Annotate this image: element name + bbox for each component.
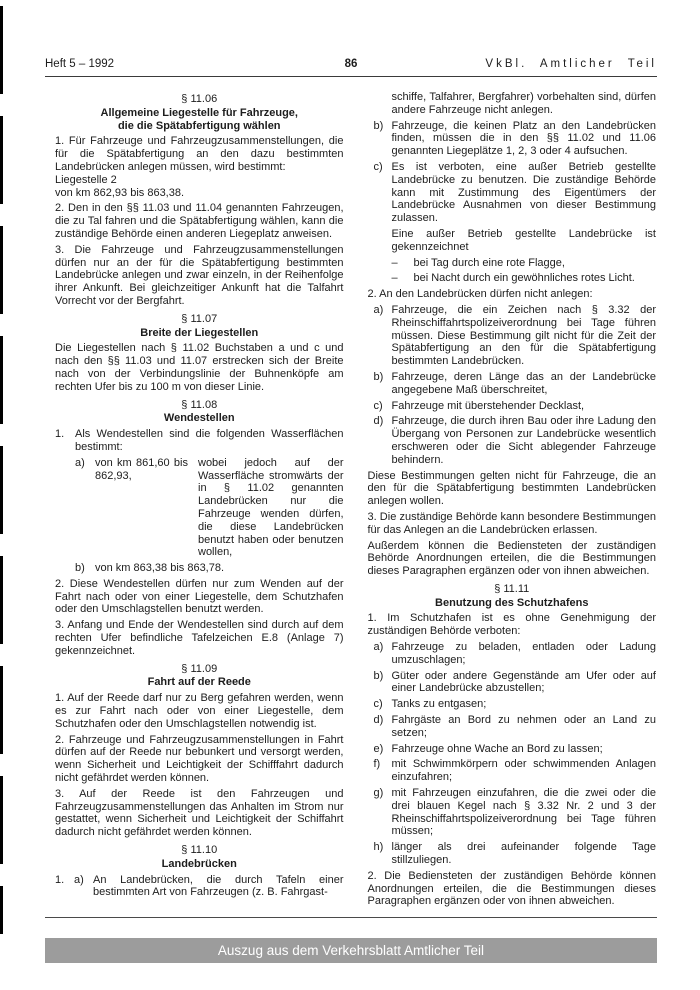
list-item: b)Fahrzeuge, deren Länge das an der Land…: [368, 371, 657, 397]
list-item-text: Fahrzeuge, die ein Zeichen nach § 3.32 d…: [392, 304, 657, 367]
paragraph: 3. Auf der Reede ist den Fahrzeugen und …: [55, 788, 344, 839]
paragraph-line: Liegestelle 2: [55, 174, 344, 187]
paragraph: 3. Die Fahrzeuge und Fahrzeugzusammenste…: [55, 244, 344, 308]
list-marker: c): [374, 698, 383, 711]
section-heading: Fahrt auf der Reede: [55, 676, 344, 689]
list-marker: b): [75, 562, 85, 575]
list-item-text: Fahrzeuge, die durch ihren Bau oder ihre…: [392, 415, 657, 465]
list-marker: b): [374, 120, 384, 133]
paragraph: 3. Die zuständige Behörde kann besondere…: [368, 511, 657, 537]
list-item: 1.Als Wendestellen sind die folgenden Wa…: [55, 428, 344, 454]
list-marker: b): [374, 670, 384, 683]
column-right: schiffe, Talfahrer, Bergfahrer) vorbehal…: [368, 88, 657, 914]
list-item: a)Fahrzeuge, die ein Zeichen nach § 3.32…: [368, 304, 657, 368]
list-marker: 1.: [55, 874, 64, 887]
list-marker: a): [374, 304, 384, 317]
header-journal-title: VkBl. Amtlicher Teil: [485, 58, 657, 70]
list-item-text: Fahrzeuge, deren Länge das an der Landeb…: [392, 371, 657, 396]
list-marker: b): [374, 371, 384, 384]
paragraph: 2. Die Bediensteten der zuständigen Behö…: [368, 870, 657, 908]
section-number: § 11.10: [55, 844, 344, 857]
km-note: wobei jedoch auf der Wasserfläche stromw…: [198, 457, 344, 559]
list-item: d)Fahrgäste an Bord zu nehmen oder an La…: [368, 714, 657, 740]
list-item-text: länger als drei aufeinander folgende Tag…: [392, 841, 657, 866]
list-marker: d): [374, 415, 384, 428]
section-heading: Benutzung des Schutzhafens: [368, 597, 657, 610]
page-header: Heft 5 – 1992 86 VkBl. Amtlicher Teil: [45, 58, 657, 70]
column-left: § 11.06Allgemeine Liegestelle für Fahrze…: [55, 88, 344, 914]
paragraph: 2. An den Landebrücken dürfen nicht anle…: [368, 288, 657, 301]
list-marker: h): [374, 841, 384, 854]
section-heading: Landebrücken: [55, 858, 344, 871]
list-item: –bei Tag durch eine rote Flagge,: [368, 257, 657, 270]
km-range: von km 861,60 bis 862,93,: [95, 457, 188, 559]
list-marker: f): [374, 758, 381, 771]
list-marker: a): [74, 874, 84, 887]
document-page: Heft 5 – 1992 86 VkBl. Amtlicher Teil § …: [0, 0, 700, 990]
paragraph-line: von km 862,93 bis 863,38.: [55, 187, 344, 200]
list-marker: c): [374, 400, 383, 413]
continuation-paragraph: Eine außer Betrieb gestellte Landebrücke…: [368, 228, 657, 254]
document-body: § 11.06Allgemeine Liegestelle für Fahrze…: [55, 88, 656, 914]
list-item: b)Fahrzeuge, die keinen Platz an den Lan…: [368, 120, 657, 158]
paragraph: 1. Auf der Reede darf nur zu Berg gefahr…: [55, 692, 344, 730]
list-item-text: von km 863,38 bis 863,78.: [95, 562, 224, 574]
list-marker: d): [374, 714, 384, 727]
paragraph: 3. Anfang und Ende der Wendestellen sind…: [55, 619, 344, 657]
footer-rule: [45, 917, 657, 918]
list-item-text: Fahrzeuge zu beladen, entladen oder Ladu…: [392, 641, 657, 666]
list-item-text: bei Tag durch eine rote Flagge,: [414, 257, 565, 269]
list-item-text: Fahrzeuge, die keinen Platz an den Lande…: [392, 120, 657, 158]
list-marker: c): [374, 161, 383, 174]
section-number: § 11.07: [55, 313, 344, 326]
list-marker: 1.: [55, 428, 64, 441]
list-item-text: Fahrzeuge mit überstehender Decklast,: [392, 400, 585, 412]
list-item-text: Als Wendestellen sind die folgenden Wass…: [75, 428, 344, 453]
list-item: 1.a)An Landebrücken, die durch Tafeln ei…: [55, 874, 344, 900]
list-marker: a): [374, 641, 384, 654]
list-item-text: Fahrzeuge ohne Wache an Bord zu lassen;: [392, 743, 603, 755]
list-item: c)Es ist verboten, eine außer Betrieb ge…: [368, 161, 657, 225]
section-number: § 11.09: [55, 663, 344, 676]
paragraph: Außerdem können die Bediensteten der zus…: [368, 540, 657, 578]
footer-banner: Auszug aus dem Verkehrsblatt Amtlicher T…: [45, 938, 657, 963]
list-marker: e): [374, 743, 384, 756]
list-marker: –: [392, 257, 398, 270]
list-item: g)mit Fahrzeugen einzufahren, die die zw…: [368, 787, 657, 838]
header-page-number: 86: [345, 58, 358, 70]
scan-edge-artifact: [0, 6, 3, 934]
header-issue: Heft 5 – 1992: [45, 58, 114, 70]
section-heading: Breite der Liegestellen: [55, 327, 344, 340]
list-item-text: mit Schwimmkörpern oder schwimmenden Anl…: [392, 758, 657, 783]
list-item-text: Tanks zu entgasen;: [392, 698, 487, 710]
section-number: § 11.08: [55, 399, 344, 412]
list-item: d)Fahrzeuge, die durch ihren Bau oder ih…: [368, 415, 657, 466]
list-item: f)mit Schwimmkörpern oder schwimmenden A…: [368, 758, 657, 784]
section-number: § 11.06: [55, 93, 344, 106]
list-item: b)Güter oder andere Gegenstände am Ufer …: [368, 670, 657, 696]
paragraph: 1. Im Schutzhafen ist es ohne Genehmigun…: [368, 612, 657, 638]
continuation-paragraph: schiffe, Talfahrer, Bergfahrer) vorbehal…: [368, 91, 657, 117]
section-heading: Allgemeine Liegestelle für Fahrzeuge, di…: [55, 107, 344, 133]
header-rule: [45, 76, 657, 77]
list-item: –bei Nacht durch ein gewöhnliches rotes …: [368, 272, 657, 285]
paragraph: 2. Fahrzeuge und Fahrzeugzusammenstellun…: [55, 734, 344, 785]
paragraph: 1. Für Fahrzeuge und Fahrzeugzusammenste…: [55, 135, 344, 173]
list-item-text: mit Fahrzeugen einzufahren, die die zwei…: [392, 787, 657, 837]
list-item: h)länger als drei aufeinander folgende T…: [368, 841, 657, 867]
list-item: e)Fahrzeuge ohne Wache an Bord zu lassen…: [368, 743, 657, 756]
list-item: c)Tanks zu entgasen;: [368, 698, 657, 711]
paragraph: Diese Bestimmungen gelten nicht für Fahr…: [368, 470, 657, 508]
list-item: b)von km 863,38 bis 863,78.: [55, 562, 344, 575]
paragraph: 2. Diese Wendestellen dürfen nur zum Wen…: [55, 578, 344, 616]
list-marker: –: [392, 272, 398, 285]
list-item: a)Fahrzeuge zu beladen, entladen oder La…: [368, 641, 657, 667]
list-item-text: An Landebrücken, die durch Tafeln einer …: [93, 874, 344, 899]
list-item-text: bei Nacht durch ein gewöhnliches rotes L…: [414, 272, 635, 284]
section-heading: Wendestellen: [55, 412, 344, 425]
section-number: § 11.11: [368, 583, 657, 596]
paragraph: 2. Den in den §§ 11.03 und 11.04 genannt…: [55, 202, 344, 240]
list-marker: a): [75, 457, 85, 470]
footer-banner-text: Auszug aus dem Verkehrsblatt Amtlicher T…: [218, 943, 484, 958]
list-item: c)Fahrzeuge mit überstehender Decklast,: [368, 400, 657, 413]
list-item-text: Fahrgäste an Bord zu nehmen oder an Land…: [392, 714, 657, 739]
list-marker: g): [374, 787, 384, 800]
paragraph: Die Liegestellen nach § 11.02 Buchstaben…: [55, 342, 344, 393]
list-item-text: Güter oder andere Gegenstände am Ufer od…: [392, 670, 657, 695]
km-list-item: a)von km 861,60 bis 862,93,wobei jedoch …: [55, 457, 344, 559]
list-item-text: Es ist verboten, eine außer Betrieb gest…: [392, 161, 657, 224]
